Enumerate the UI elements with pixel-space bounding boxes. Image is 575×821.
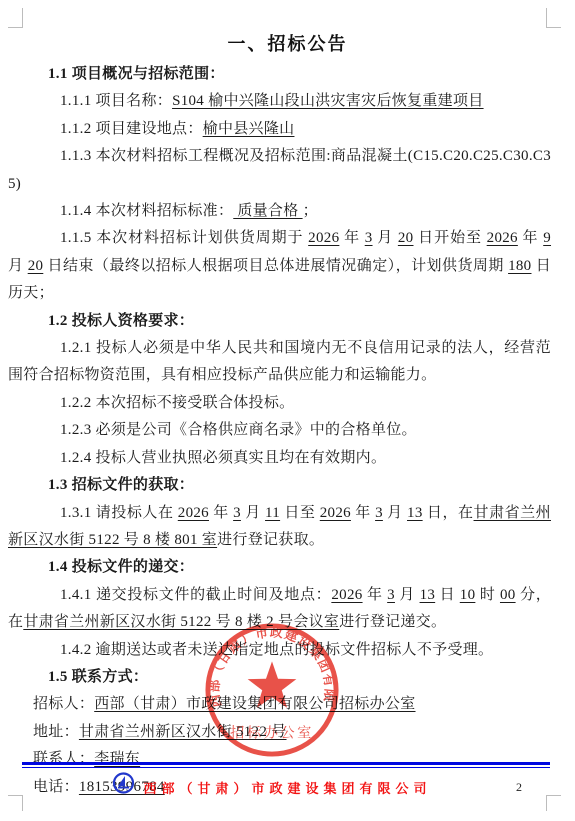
footer-divider	[22, 762, 550, 768]
filled-value: 甘肃省兰州新区汉水街 5122 号 8 楼 2 号会议室	[23, 614, 339, 630]
filled-value: 9	[543, 230, 551, 246]
paragraph: 招标人：西部（甘肃）市政建设集团有限公司招标办公室	[8, 691, 551, 718]
paragraph-text: 1.1.5 本次材料招标计划供货周期于	[60, 230, 308, 246]
paragraph: 1.2.3 必须是公司《合格供应商名录》中的合格单位。	[8, 417, 551, 444]
paragraph-text: 1.1.2 项目建设地点：	[60, 121, 203, 137]
paragraph: 1.1.3 本次材料招标工程概况及招标范围:商品混凝土(C15.C20.C25.…	[8, 143, 551, 198]
paragraph-text: 1.4.1 递交投标文件的截止时间及地点：	[60, 587, 331, 603]
filled-value: 11	[265, 505, 280, 521]
filled-value: 质量合格	[233, 203, 302, 219]
filled-value: 180	[508, 258, 531, 274]
paragraph: 1.3.1 请投标人在 2026 年 3 月 11 日至 2026 年 3 月 …	[8, 500, 551, 555]
paragraph-text: 招标人：	[33, 696, 94, 712]
filled-value: 3	[387, 587, 395, 603]
page-number: 2	[516, 780, 522, 795]
paragraph-text: 日	[435, 587, 460, 603]
paragraph-text: 地址：	[33, 724, 79, 740]
paragraph-text: 月	[395, 587, 420, 603]
filled-value: 2026	[331, 587, 362, 603]
paragraph: 1.1.4 本次材料招标标准： 质量合格 ；	[8, 198, 551, 225]
paragraph: 1.1.5 本次材料招标计划供货周期于 2026 年 3 月 20 日开始至 2…	[8, 225, 551, 307]
paragraph: 1.1 项目概况与招标范围：	[8, 61, 551, 88]
paragraph: 1.4.2 逾期送达或者未送达指定地点的投标文件招标人不予受理。	[8, 637, 551, 664]
filled-value: 西部（甘肃）市政建设集团有限公司招标办公室	[94, 696, 415, 712]
paragraph-text: 1.2 投标人资格要求：	[48, 313, 194, 329]
paragraph-text: 1.1.1 项目名称：	[60, 93, 172, 109]
paragraph: 1.4.1 递交投标文件的截止时间及地点：2026 年 3 月 13 日 10 …	[8, 582, 551, 637]
filled-value: 3	[233, 505, 241, 521]
paragraph-text: 月	[383, 505, 407, 521]
paragraph-text: 年	[363, 587, 388, 603]
crop-mark-top-left	[8, 8, 23, 28]
paragraph-text: 进行登记获取。	[217, 532, 324, 548]
paragraph-text: 1.1.4 本次材料招标标准：	[60, 203, 233, 219]
paragraph: 1.2.1 投标人必须是中华人民共和国境内无不良信用记录的法人，经营范围符合招标…	[8, 335, 551, 390]
paragraph: 1.5 联系方式：	[8, 664, 551, 691]
paragraph: 地址：甘肃省兰州新区汉水街 5122 号	[8, 719, 551, 746]
paragraph-text: 年	[351, 505, 375, 521]
filled-value: 10	[460, 587, 476, 603]
paragraph-text: 1.2.3 必须是公司《合格供应商名录》中的合格单位。	[60, 422, 417, 438]
paragraph-text: 日，在	[423, 505, 474, 521]
paragraph: 1.2.2 本次招标不接受联合体投标。	[8, 390, 551, 417]
document-body: 1.1 项目概况与招标范围：1.1.1 项目名称：S104 榆中兴隆山段山洪灾害…	[8, 61, 551, 801]
filled-value: 13	[420, 587, 436, 603]
paragraph: 1.2.4 投标人营业执照必须真实且均在有效期内。	[8, 445, 551, 472]
paragraph-text: 月	[373, 230, 398, 246]
paragraph-text: 1.4.2 逾期送达或者未送达指定地点的投标文件招标人不予受理。	[60, 642, 493, 658]
filled-value: 甘肃省兰州新区汉水街 5122 号	[79, 724, 287, 740]
paragraph-text: 月	[8, 258, 28, 274]
paragraph-text: 1.5 联系方式：	[48, 669, 148, 685]
paragraph-text: ；	[303, 203, 318, 219]
filled-value: 榆中县兴隆山	[203, 121, 295, 137]
paragraph-text: 1.2.2 本次招标不接受联合体投标。	[60, 395, 294, 411]
paragraph-text: 进行登记递交。	[339, 614, 446, 630]
paragraph: 1.3 招标文件的获取：	[8, 472, 551, 499]
paragraph-text: 1.4 投标文件的递交：	[48, 559, 194, 575]
paragraph: 1.1.2 项目建设地点：榆中县兴隆山	[8, 116, 551, 143]
filled-value: 3	[375, 505, 383, 521]
paragraph-text: 日开始至	[413, 230, 486, 246]
paragraph-text: 1.3.1 请投标人在	[60, 505, 178, 521]
paragraph-text: 年	[339, 230, 364, 246]
paragraph: 1.2 投标人资格要求：	[8, 308, 551, 335]
paragraph-text: 1.2.1 投标人必须是中华人民共和国境内无不良信用记录的法人，经营范围符合招标…	[8, 340, 551, 383]
filled-value: 2026	[178, 505, 209, 521]
paragraph: 1.1.1 项目名称：S104 榆中兴隆山段山洪灾害灾后恢复重建项目	[8, 88, 551, 115]
filled-value: S104 榆中兴隆山段山洪灾害灾后恢复重建项目	[172, 93, 484, 109]
paragraph-text: 1.2.4 投标人营业执照必须真实且均在有效期内。	[60, 450, 386, 466]
footer-company-name: 西部（甘肃）市政建设集团有限公司	[0, 778, 575, 797]
paragraph: 联系人：李瑞东	[8, 746, 551, 773]
filled-value: 00	[500, 587, 516, 603]
document-title: 一、招标公告	[0, 30, 575, 56]
paragraph-text: 日结束（最终以招标人根据项目总体进展情况确定），计划供货周期	[43, 258, 508, 274]
paragraph-text: 日至	[280, 505, 320, 521]
paragraph: 1.4 投标文件的递交：	[8, 554, 551, 581]
filled-value: 13	[407, 505, 423, 521]
paragraph-text: 1.1.3 本次材料招标工程概况及招标范围:商品混凝土(C15.C20.C25.…	[8, 148, 551, 191]
paragraph-text: 1.1 项目概况与招标范围：	[48, 66, 225, 82]
filled-value: 2026	[320, 505, 351, 521]
paragraph-text: 年	[209, 505, 233, 521]
crop-mark-top-right	[546, 8, 561, 28]
filled-value: 2026	[487, 230, 518, 246]
filled-value: 2026	[308, 230, 339, 246]
filled-value: 20	[398, 230, 414, 246]
paragraph-text: 时	[475, 587, 500, 603]
paragraph-text: 年	[518, 230, 543, 246]
paragraph-text: 1.3 招标文件的获取：	[48, 477, 194, 493]
filled-value: 3	[365, 230, 373, 246]
filled-value: 20	[28, 258, 44, 274]
paragraph-text: 月	[241, 505, 265, 521]
document-page: 一、招标公告 1.1 项目概况与招标范围：1.1.1 项目名称：S104 榆中兴…	[0, 0, 575, 821]
